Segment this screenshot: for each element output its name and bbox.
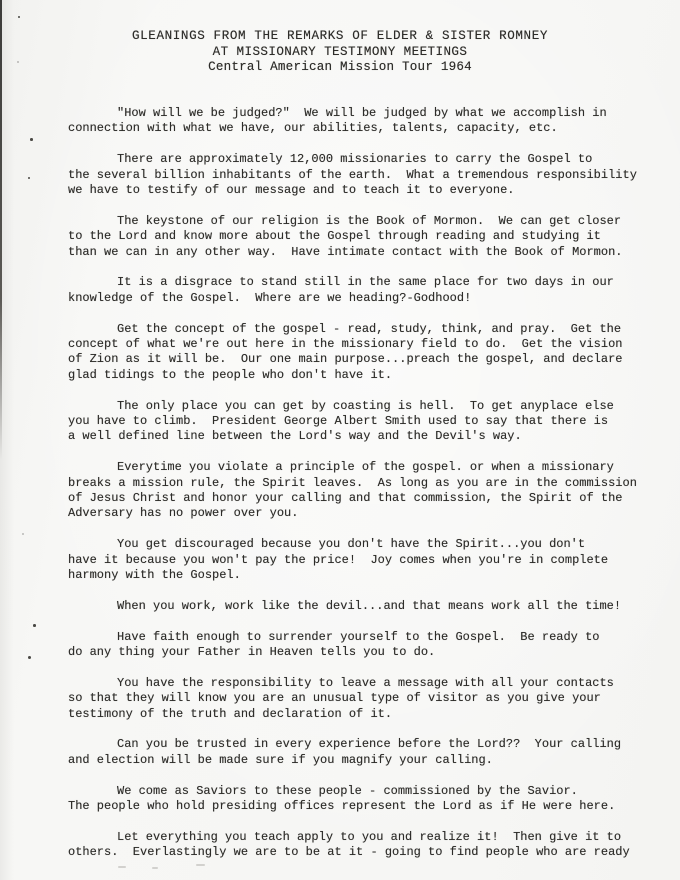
text-line: glad tidings to the people who don't hav…	[68, 368, 658, 383]
title-line-1: GLEANINGS FROM THE REMARKS OF ELDER & SI…	[0, 29, 680, 45]
text-line: so that they will know you are an unusua…	[68, 691, 658, 706]
paragraph: You get discouraged because you don't ha…	[68, 537, 658, 583]
scan-speck	[33, 624, 36, 627]
paragraph: When you work, work like the devil...and…	[68, 599, 658, 614]
text-line: The keystone of our religion is the Book…	[68, 214, 658, 229]
paragraph: You have the responsibility to leave a m…	[68, 676, 658, 722]
text-line: There are approximately 12,000 missionar…	[68, 152, 658, 167]
scan-speck	[28, 177, 30, 179]
text-line: knowledge of the Gospel. Where are we he…	[68, 291, 658, 306]
text-line: The only place you can get by coasting i…	[68, 399, 658, 414]
text-line: you have to climb. President George Albe…	[68, 414, 658, 429]
text-line: testimony of the truth and declaration o…	[68, 707, 658, 722]
text-line: do any thing your Father in Heaven tells…	[68, 645, 658, 660]
scanned-document-page: GLEANINGS FROM THE REMARKS OF ELDER & SI…	[0, 0, 680, 880]
ghost-mark	[118, 866, 126, 868]
paragraph: Get the concept of the gospel - read, st…	[68, 322, 658, 384]
text-line: concept of what we're out here in the mi…	[68, 337, 658, 352]
text-line: Can you be trusted in every experience b…	[68, 737, 658, 752]
text-line: You have the responsibility to leave a m…	[68, 676, 658, 691]
text-line: You get discouraged because you don't ha…	[68, 537, 658, 552]
paragraph: It is a disgrace to stand still in the s…	[68, 275, 658, 306]
scan-speck	[22, 533, 24, 535]
text-line: and election will be made sure if you ma…	[68, 753, 658, 768]
paragraph: Have faith enough to surrender yourself …	[68, 630, 658, 661]
text-line: When you work, work like the devil...and…	[68, 599, 658, 614]
document-title: GLEANINGS FROM THE REMARKS OF ELDER & SI…	[0, 29, 680, 76]
ghost-mark	[152, 867, 158, 869]
paragraph: Can you be trusted in every experience b…	[68, 737, 658, 768]
text-line: Have faith enough to surrender yourself …	[68, 630, 658, 645]
text-line: Let everything you teach apply to you an…	[68, 830, 658, 845]
paragraph: Everytime you violate a principle of the…	[68, 460, 658, 522]
paragraph: Let everything you teach apply to you an…	[68, 830, 658, 861]
text-line: we have to testify of our message and to…	[68, 183, 658, 198]
left-edge-shading	[0, 0, 14, 880]
text-line: breaks a mission rule, the Spirit leaves…	[68, 476, 658, 491]
paragraph: The keystone of our religion is the Book…	[68, 214, 658, 260]
scan-speck	[17, 61, 19, 63]
title-line-2: AT MISSIONARY TESTIMONY MEETINGS	[0, 45, 680, 61]
text-line: Everytime you violate a principle of the…	[68, 460, 658, 475]
text-line: have it because you won't pay the price!…	[68, 553, 658, 568]
scan-speck	[28, 656, 31, 659]
text-line: to the Lord and know more about the Gosp…	[68, 229, 658, 244]
text-line: harmony with the Gospel.	[68, 568, 658, 583]
text-line: than we can in any other way. Have intim…	[68, 245, 658, 260]
text-line: the several billion inhabitants of the e…	[68, 168, 658, 183]
text-line: of Jesus Christ and honor your calling a…	[68, 491, 658, 506]
scan-speck	[18, 16, 20, 18]
text-line: others. Everlastingly we are to be at it…	[68, 845, 658, 860]
paragraph: "How will we be judged?" We will be judg…	[68, 106, 658, 137]
title-subtitle: Central American Mission Tour 1964	[0, 60, 680, 76]
text-line: It is a disgrace to stand still in the s…	[68, 275, 658, 290]
ghost-mark	[196, 864, 205, 866]
text-line: "How will we be judged?" We will be judg…	[68, 106, 658, 121]
paragraph: There are approximately 12,000 missionar…	[68, 152, 658, 198]
text-line: We come as Saviors to these people - com…	[68, 784, 658, 799]
scan-speck	[30, 138, 33, 141]
text-line: connection with what we have, our abilit…	[68, 121, 658, 136]
text-line: The people who hold presiding offices re…	[68, 799, 658, 814]
text-line: Get the concept of the gospel - read, st…	[68, 322, 658, 337]
text-line: Adversary has no power over you.	[68, 506, 658, 521]
text-line: a well defined line between the Lord's w…	[68, 429, 658, 444]
document-body: "How will we be judged?" We will be judg…	[68, 106, 658, 876]
paragraph: The only place you can get by coasting i…	[68, 399, 658, 445]
text-line: of Zion as it will be. Our one main purp…	[68, 352, 658, 367]
paragraph: We come as Saviors to these people - com…	[68, 784, 658, 815]
